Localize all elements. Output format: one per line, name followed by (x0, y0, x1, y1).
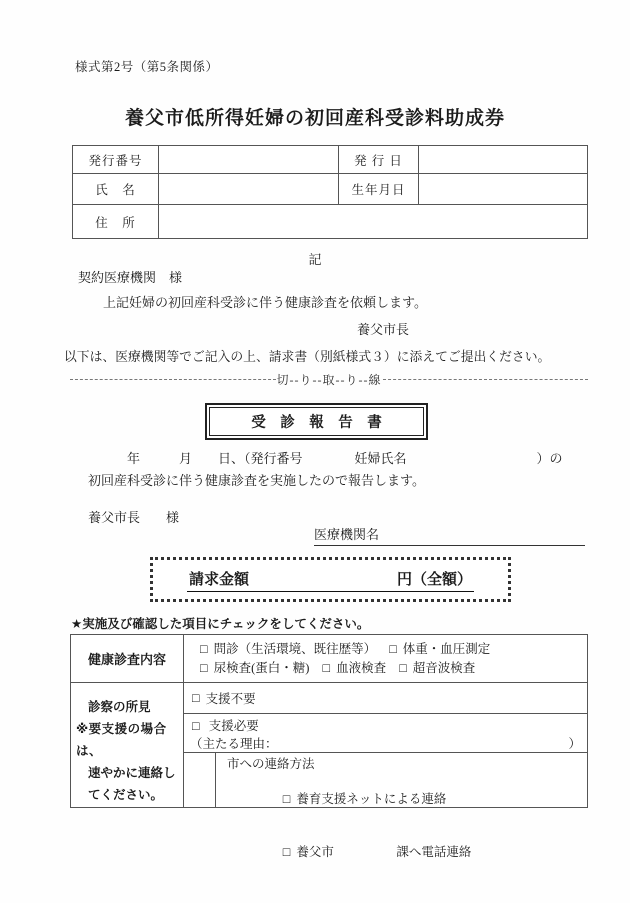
exam-items-line2: □尿検査(蛋白・糖) □血液検査 □超音波検査 (200, 659, 587, 678)
table-row: 氏 名 生年月日 (73, 174, 587, 205)
contact-method-title: 市への連絡方法 (227, 756, 587, 774)
exam-item-label: 体重・血圧測定 (403, 642, 491, 656)
checkbox-icon: □ (200, 661, 208, 675)
mayor-signature: 養父市長 (357, 319, 409, 338)
document-page: 様式第2号（第5条関係） 養父市低所得妊婦の初回産科受診料助成券 発行番号 発 … (0, 0, 630, 903)
exam-content-label: 健康診査内容 (71, 635, 184, 682)
findings-row: 診察の所見 ※要支援の場合は、 速やかに連絡し てください。 □ 支援不要 □ … (71, 683, 587, 807)
exam-item-label: 血液検査 (336, 661, 386, 675)
applicant-info-table: 発行番号 発 行 日 氏 名 生年月日 住 所 (72, 145, 588, 239)
support-reason-close: ） (568, 735, 581, 753)
request-text: 上記妊婦の初回産科受診に伴う健康診査を依頼します。 (103, 292, 427, 311)
cut-line: 切--り--取--り--線 (70, 371, 588, 388)
findings-options: □ 支援不要 □ 支援必要 （主たる理由： ） 市への連 (184, 683, 587, 807)
claim-amount-line: 請求金額 円（全額） (187, 568, 474, 592)
address-label: 住 所 (73, 205, 159, 238)
exam-items-line1: □問診（生活環境、既往歴等） □体重・血圧測定 (200, 640, 587, 659)
checkbox-icon: □ (399, 661, 407, 675)
support-needed-option: □ 支援必要 （主たる理由： ） (184, 714, 587, 753)
name-value-cell (159, 174, 339, 204)
report-date-line: 年 月 日、（発行番号 妊婦氏名 ）の (88, 448, 563, 467)
checkbox-icon: □ (323, 661, 331, 675)
submit-instruction: 以下は、医療機関等でご記入の上、請求書（別紙様式３）に添えてご提出ください。 (64, 346, 550, 365)
exam-items: □問診（生活環境、既往歴等） □体重・血圧測定 □尿検査(蛋白・糖) □血液検査… (184, 635, 587, 682)
contact-phone-pre: 養父市 (296, 845, 334, 859)
exam-item-label: 問診（生活環境、既往歴等） (214, 642, 377, 656)
checkbox-icon: □ (200, 642, 208, 656)
form-number: 様式第2号（第5条関係） (75, 57, 219, 75)
contact-option-phone: □養父市 課へ電話連絡 (227, 826, 587, 879)
checkbox-icon: □ (283, 792, 291, 806)
claim-amount-label: 請求金額 (189, 568, 249, 589)
table-row: 発行番号 発 行 日 (73, 146, 587, 174)
contact-method-content: 市への連絡方法 □養育支援ネットによる連絡 □養父市 課へ電話連絡 (216, 753, 587, 807)
findings-label-line: ※要支援の場合は、 (71, 718, 183, 762)
clinic-name-field: 医療機関名 (314, 524, 585, 546)
no-support-option: □ 支援不要 (184, 683, 587, 714)
issue-date-value-cell (419, 146, 587, 173)
exam-item-label: 超音波検査 (413, 661, 476, 675)
claim-amount-box: 請求金額 円（全額） (150, 557, 511, 602)
support-needed-line: □ 支援必要 (184, 717, 587, 735)
name-label: 氏 名 (73, 174, 159, 204)
findings-label-line: 診察の所見 (71, 696, 183, 718)
contact-net-label: 養育支援ネットによる連絡 (296, 792, 446, 806)
cut-line-dash (70, 379, 276, 380)
birthdate-label: 生年月日 (339, 174, 419, 204)
nested-spacer-cell (184, 753, 216, 807)
report-body-text: 初回産科受診に伴う健康診査を実施したので報告します。 (88, 470, 425, 489)
issue-number-value-cell (159, 146, 339, 173)
support-reason-line: （主たる理由： ） (184, 735, 587, 753)
claim-unit-label: 円（全額） (397, 568, 472, 589)
page-title: 養父市低所得妊婦の初回産科受診料助成券 (0, 103, 630, 130)
birthdate-value-cell (419, 174, 587, 204)
address-value-cell (159, 205, 587, 238)
cut-line-dash (383, 379, 589, 380)
report-title: 受 診 報 告 書 (209, 407, 424, 436)
support-reason-open: （主たる理由： (190, 735, 278, 753)
checklist-header: ★実施及び確認した項目にチェックをしてください。 (71, 614, 369, 632)
table-row: 住 所 (73, 205, 587, 238)
contact-phone-post: 課へ電話連絡 (396, 845, 471, 859)
findings-label-line: てください。 (71, 784, 183, 806)
report-addressee: 養父市長 様 (88, 507, 179, 526)
no-support-label: 支援不要 (206, 689, 256, 707)
ki-heading: 記 (0, 249, 630, 268)
checklist-table: 健康診査内容 □問診（生活環境、既往歴等） □体重・血圧測定 □尿検査(蛋白・糖… (70, 634, 588, 808)
report-title-box: 受 診 報 告 書 (205, 403, 428, 440)
checkbox-icon: □ (283, 845, 291, 859)
issue-number-label: 発行番号 (73, 146, 159, 173)
checkbox-icon: □ (192, 691, 200, 706)
exam-row: 健康診査内容 □問診（生活環境、既往歴等） □体重・血圧測定 □尿検査(蛋白・糖… (71, 635, 587, 683)
findings-label-line: 速やかに連絡し (71, 762, 183, 784)
issue-date-label: 発 行 日 (339, 146, 419, 173)
exam-item-label: 尿検査(蛋白・糖) (214, 661, 310, 675)
recipient-line: 契約医療機関 様 (78, 267, 182, 286)
contact-method-cell: 市への連絡方法 □養育支援ネットによる連絡 □養父市 課へ電話連絡 (184, 753, 587, 807)
checkbox-icon: □ (389, 642, 397, 656)
support-needed-label: 支援必要 (209, 719, 259, 733)
checkbox-icon: □ (192, 719, 200, 733)
findings-label: 診察の所見 ※要支援の場合は、 速やかに連絡し てください。 (71, 683, 184, 807)
contact-phone-gap (334, 845, 397, 859)
contact-option-net: □養育支援ネットによる連絡 (227, 774, 587, 827)
cut-line-label: 切--り--取--り--線 (276, 371, 383, 388)
